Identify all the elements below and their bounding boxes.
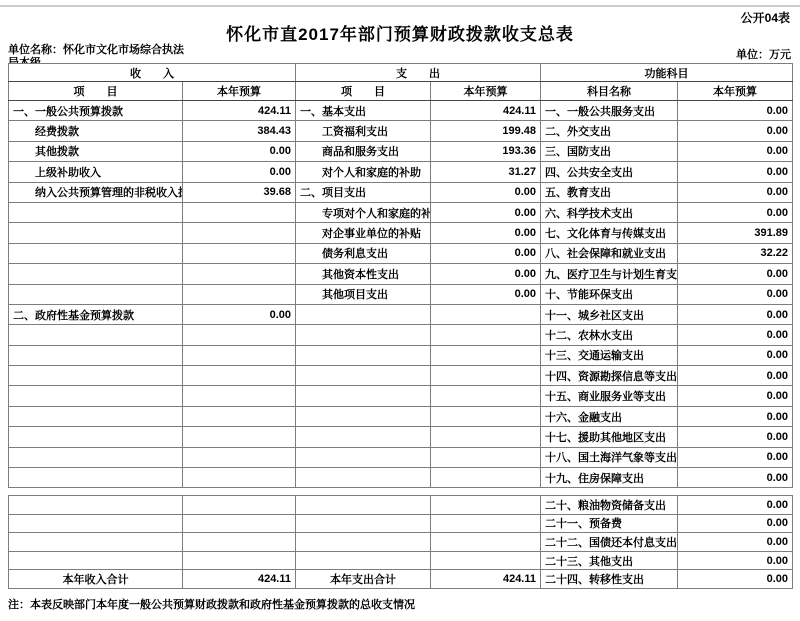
budget-value-cell	[431, 447, 541, 467]
budget-item-cell: 十三、交通运输支出	[541, 345, 678, 365]
budget-item-cell	[9, 447, 183, 467]
budget-value-cell	[431, 366, 541, 386]
budget-item-cell: 九、医疗卫生与计划生育支出	[541, 264, 678, 284]
budget-item-cell	[296, 468, 431, 488]
budget-item-cell: 三、国防支出	[541, 141, 678, 161]
budget-value-cell: 0.00	[678, 514, 793, 533]
budget-item-cell	[9, 427, 183, 447]
budget-value-cell: 0.00	[678, 162, 793, 182]
section-header-row: 收 入 支 出 功能科目	[9, 64, 793, 82]
budget-value-cell: 0.00	[678, 427, 793, 447]
budget-item-cell: 十九、住房保障支出	[541, 468, 678, 488]
table-row: 十六、金融支出0.00	[9, 406, 793, 426]
budget-value-cell: 0.00	[431, 284, 541, 304]
budget-item-cell: 上级补助收入	[9, 162, 183, 182]
budget-value-cell	[183, 325, 296, 345]
budget-value-cell: 0.00	[678, 264, 793, 284]
table-row: 二十二、国债还本付息支出0.00	[9, 533, 793, 552]
budget-value-cell	[431, 533, 541, 552]
budget-item-cell	[296, 304, 431, 324]
budget-item-cell: 一、基本支出	[296, 101, 431, 121]
budget-item-cell: 一、一般公共预算拨款	[9, 101, 183, 121]
budget-value-cell: 0.00	[678, 496, 793, 515]
budget-item-cell	[9, 223, 183, 243]
budget-item-cell: 本年收入合计	[9, 570, 183, 589]
budget-value-cell: 199.48	[431, 121, 541, 141]
budget-item-cell: 二十四、转移性支出	[541, 570, 678, 589]
budget-item-cell	[296, 447, 431, 467]
bottom-table-body: 二十、粮油物资储备支出0.00二十一、预备费0.00二十二、国债还本付息支出0.…	[9, 496, 793, 589]
budget-value-cell	[431, 514, 541, 533]
budget-value-cell	[183, 468, 296, 488]
budget-item-cell: 二十二、国债还本付息支出	[541, 533, 678, 552]
budget-item-cell: 纳入公共预算管理的非税收入拨款	[9, 182, 183, 202]
budget-value-cell	[183, 496, 296, 515]
budget-item-cell: 七、文化体育与传媒支出	[541, 223, 678, 243]
budget-item-cell: 其他资本性支出	[296, 264, 431, 284]
budget-value-cell	[431, 325, 541, 345]
budget-value-cell	[431, 496, 541, 515]
table-row: 债务利息支出0.00八、社会保障和就业支出32.22	[9, 243, 793, 263]
budget-item-cell: 专项对个人和家庭的补助	[296, 202, 431, 222]
budget-item-cell	[9, 202, 183, 222]
footnote: 注：本表反映部门本年度一般公共预算财政拨款和政府性基金预算拨款的总收支情况	[8, 596, 415, 612]
budget-value-cell	[431, 345, 541, 365]
budget-value-cell: 0.00	[183, 141, 296, 161]
budget-value-cell: 424.11	[431, 101, 541, 121]
budget-table-bottom: 二十、粮油物资储备支出0.00二十一、预备费0.00二十二、国债还本付息支出0.…	[8, 495, 793, 589]
budget-item-cell	[9, 284, 183, 304]
budget-item-cell	[9, 533, 183, 552]
budget-item-cell	[296, 427, 431, 447]
budget-item-cell: 六、科学技术支出	[541, 202, 678, 222]
budget-item-cell	[296, 496, 431, 515]
budget-value-cell	[431, 386, 541, 406]
table-row: 十三、交通运输支出0.00	[9, 345, 793, 365]
budget-value-cell	[431, 406, 541, 426]
budget-value-cell	[183, 427, 296, 447]
budget-value-cell: 0.00	[678, 447, 793, 467]
budget-value-cell: 0.00	[678, 468, 793, 488]
budget-value-cell: 424.11	[431, 570, 541, 589]
budget-value-cell: 0.00	[678, 551, 793, 570]
budget-item-cell	[296, 345, 431, 365]
budget-value-cell: 0.00	[678, 284, 793, 304]
budget-value-cell	[183, 533, 296, 552]
table-row: 专项对个人和家庭的补助0.00六、科学技术支出0.00	[9, 202, 793, 222]
budget-item-cell: 二、政府性基金预算拨款	[9, 304, 183, 324]
budget-value-cell: 0.00	[431, 243, 541, 263]
section-header-expenditure: 支 出	[296, 64, 541, 82]
budget-document-page: 公开04表 怀化市直2017年部门预算财政拨款收支总表 单位名称：怀化市文化市场…	[0, 0, 800, 621]
budget-value-cell: 0.00	[678, 304, 793, 324]
budget-item-cell	[9, 386, 183, 406]
col-header-expense-item: 项 目	[296, 82, 431, 101]
budget-item-cell	[9, 468, 183, 488]
table-row: 十五、商业服务业等支出0.00	[9, 386, 793, 406]
budget-value-cell: 0.00	[183, 162, 296, 182]
budget-item-cell	[9, 551, 183, 570]
budget-item-cell: 对个人和家庭的补助	[296, 162, 431, 182]
budget-value-cell: 0.00	[678, 141, 793, 161]
budget-item-cell	[296, 551, 431, 570]
table-row: 十二、农林水支出0.00	[9, 325, 793, 345]
budget-item-cell: 经费拨款	[9, 121, 183, 141]
budget-value-cell: 0.00	[678, 406, 793, 426]
budget-value-cell: 0.00	[431, 202, 541, 222]
budget-item-cell: 二十、粮油物资储备支出	[541, 496, 678, 515]
budget-item-cell: 八、社会保障和就业支出	[541, 243, 678, 263]
budget-item-cell: 二十三、其他支出	[541, 551, 678, 570]
budget-value-cell	[431, 468, 541, 488]
table-row: 二、政府性基金预算拨款0.00十一、城乡社区支出0.00	[9, 304, 793, 324]
table-row: 经费拨款384.43工资福利支出199.48二、外交支出0.00	[9, 121, 793, 141]
budget-item-cell: 五、教育支出	[541, 182, 678, 202]
table-row: 纳入公共预算管理的非税收入拨款39.68二、项目支出0.00五、教育支出0.00	[9, 182, 793, 202]
table-row: 二十一、预备费0.00	[9, 514, 793, 533]
budget-value-cell: 0.00	[678, 101, 793, 121]
budget-value-cell: 0.00	[183, 304, 296, 324]
budget-item-cell: 十五、商业服务业等支出	[541, 386, 678, 406]
unit-of-measure-label: 单位：万元	[736, 46, 791, 62]
budget-item-cell: 商品和服务支出	[296, 141, 431, 161]
budget-item-cell: 十八、国土海洋气象等支出	[541, 447, 678, 467]
table-row: 其他资本性支出0.00九、医疗卫生与计划生育支出0.00	[9, 264, 793, 284]
budget-item-cell: 债务利息支出	[296, 243, 431, 263]
budget-value-cell	[183, 447, 296, 467]
budget-item-cell	[9, 406, 183, 426]
main-table-body: 一、一般公共预算拨款424.11一、基本支出424.11一、一般公共服务支出0.…	[9, 101, 793, 488]
budget-item-cell	[296, 406, 431, 426]
section-header-income: 收 入	[9, 64, 296, 82]
budget-item-cell	[9, 366, 183, 386]
budget-item-cell: 其他拨款	[9, 141, 183, 161]
col-header-subject-budget: 本年预算	[678, 82, 793, 101]
budget-value-cell: 0.00	[678, 182, 793, 202]
budget-item-cell	[9, 264, 183, 284]
budget-value-cell: 0.00	[678, 345, 793, 365]
page-top-divider	[0, 5, 800, 7]
budget-value-cell	[183, 386, 296, 406]
budget-value-cell: 0.00	[678, 325, 793, 345]
col-header-subject-name: 科目名称	[541, 82, 678, 101]
budget-item-cell: 工资福利支出	[296, 121, 431, 141]
budget-item-cell: 一、一般公共服务支出	[541, 101, 678, 121]
budget-value-cell: 391.89	[678, 223, 793, 243]
budget-item-cell	[296, 514, 431, 533]
table-row: 十八、国土海洋气象等支出0.00	[9, 447, 793, 467]
budget-item-cell	[296, 386, 431, 406]
table-row: 十四、资源勘探信息等支出0.00	[9, 366, 793, 386]
table-row: 二十、粮油物资储备支出0.00	[9, 496, 793, 515]
section-header-function: 功能科目	[541, 64, 793, 82]
budget-value-cell	[183, 284, 296, 304]
budget-item-cell: 二、外交支出	[541, 121, 678, 141]
budget-value-cell: 31.27	[431, 162, 541, 182]
budget-item-cell: 十四、资源勘探信息等支出	[541, 366, 678, 386]
budget-value-cell: 384.43	[183, 121, 296, 141]
budget-value-cell	[431, 427, 541, 447]
table-row: 十九、住房保障支出0.00	[9, 468, 793, 488]
budget-item-cell	[9, 496, 183, 515]
budget-item-cell: 四、公共安全支出	[541, 162, 678, 182]
budget-value-cell	[183, 345, 296, 365]
budget-item-cell: 对企事业单位的补贴	[296, 223, 431, 243]
table-row: 其他项目支出0.00十、节能环保支出0.00	[9, 284, 793, 304]
budget-value-cell: 0.00	[678, 121, 793, 141]
budget-value-cell: 424.11	[183, 101, 296, 121]
table-row: 二十三、其他支出0.00	[9, 551, 793, 570]
col-header-income-budget: 本年预算	[183, 82, 296, 101]
budget-item-cell	[9, 514, 183, 533]
budget-item-cell: 二、项目支出	[296, 182, 431, 202]
budget-value-cell	[431, 304, 541, 324]
col-header-expense-budget: 本年预算	[431, 82, 541, 101]
budget-value-cell	[183, 264, 296, 284]
budget-value-cell: 32.22	[678, 243, 793, 263]
budget-table-main: 收 入 支 出 功能科目 项 目 本年预算 项 目 本年预算 科目名称 本年预算…	[8, 63, 793, 488]
table-row: 其他拨款0.00商品和服务支出193.36三、国防支出0.00	[9, 141, 793, 161]
budget-value-cell	[183, 366, 296, 386]
budget-value-cell: 0.00	[431, 182, 541, 202]
budget-value-cell: 0.00	[678, 202, 793, 222]
budget-item-cell: 其他项目支出	[296, 284, 431, 304]
table-row: 对企事业单位的补贴0.00七、文化体育与传媒支出391.89	[9, 223, 793, 243]
budget-item-cell	[296, 366, 431, 386]
table-row: 本年收入合计424.11本年支出合计424.11二十四、转移性支出0.00	[9, 570, 793, 589]
budget-value-cell: 0.00	[431, 264, 541, 284]
unit-name-line1: 单位名称：怀化市文化市场综合执法	[8, 44, 184, 57]
budget-value-cell	[183, 202, 296, 222]
budget-value-cell	[431, 551, 541, 570]
budget-value-cell: 0.00	[678, 386, 793, 406]
budget-value-cell	[183, 223, 296, 243]
budget-item-cell: 十一、城乡社区支出	[541, 304, 678, 324]
budget-value-cell: 0.00	[678, 366, 793, 386]
page-title: 怀化市直2017年部门预算财政拨款收支总表	[0, 20, 800, 45]
table-row: 一、一般公共预算拨款424.11一、基本支出424.11一、一般公共服务支出0.…	[9, 101, 793, 121]
col-header-income-item: 项 目	[9, 82, 183, 101]
table-row: 十七、援助其他地区支出0.00	[9, 427, 793, 447]
budget-value-cell: 39.68	[183, 182, 296, 202]
budget-item-cell: 十六、金融支出	[541, 406, 678, 426]
budget-value-cell	[183, 551, 296, 570]
budget-item-cell	[9, 325, 183, 345]
budget-value-cell	[183, 514, 296, 533]
budget-item-cell	[296, 325, 431, 345]
budget-item-cell	[296, 533, 431, 552]
budget-value-cell: 424.11	[183, 570, 296, 589]
budget-item-cell: 十七、援助其他地区支出	[541, 427, 678, 447]
budget-item-cell: 十、节能环保支出	[541, 284, 678, 304]
column-header-row: 项 目 本年预算 项 目 本年预算 科目名称 本年预算	[9, 82, 793, 101]
budget-value-cell: 0.00	[678, 570, 793, 589]
budget-item-cell: 本年支出合计	[296, 570, 431, 589]
budget-item-cell: 十二、农林水支出	[541, 325, 678, 345]
budget-value-cell: 0.00	[431, 223, 541, 243]
budget-item-cell: 二十一、预备费	[541, 514, 678, 533]
budget-value-cell: 0.00	[678, 533, 793, 552]
budget-item-cell	[9, 345, 183, 365]
budget-item-cell	[9, 243, 183, 263]
table-row: 上级补助收入0.00对个人和家庭的补助31.27四、公共安全支出0.00	[9, 162, 793, 182]
budget-value-cell	[183, 243, 296, 263]
budget-value-cell: 193.36	[431, 141, 541, 161]
budget-value-cell	[183, 406, 296, 426]
